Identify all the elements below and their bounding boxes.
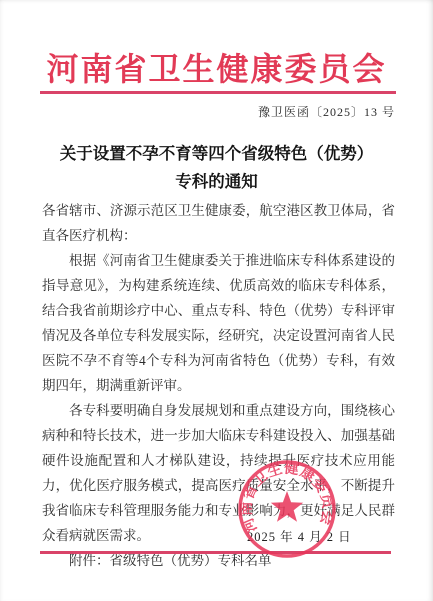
seal-star-icon xyxy=(271,491,303,522)
letterhead-org-name: 河南省卫生健康委员会 xyxy=(0,44,433,90)
letterhead-divider xyxy=(40,91,396,94)
recipients-line: 各省辖市、济源示范区卫生健康委，航空港区教卫体局，省直各医疗机构： xyxy=(42,198,395,248)
body-paragraph-1: 根据《河南省卫生健康委关于推进临床专科体系建设的指导意见》，为构建系统连续、优质… xyxy=(42,248,395,398)
document-number: 豫卫医函〔2025〕13 号 xyxy=(258,103,395,120)
document-title: 关于设置不孕不育等四个省级特色（优势） 专科的通知 xyxy=(20,140,413,196)
document-title-line1: 关于设置不孕不育等四个省级特色（优势） xyxy=(60,144,374,163)
official-seal: 河南省卫生健康委员会 xyxy=(227,449,347,569)
document-title-line2: 专科的通知 xyxy=(175,172,258,191)
document-page: 河南省卫生健康委员会 豫卫医函〔2025〕13 号 关于设置不孕不育等四个省级特… xyxy=(0,0,433,601)
